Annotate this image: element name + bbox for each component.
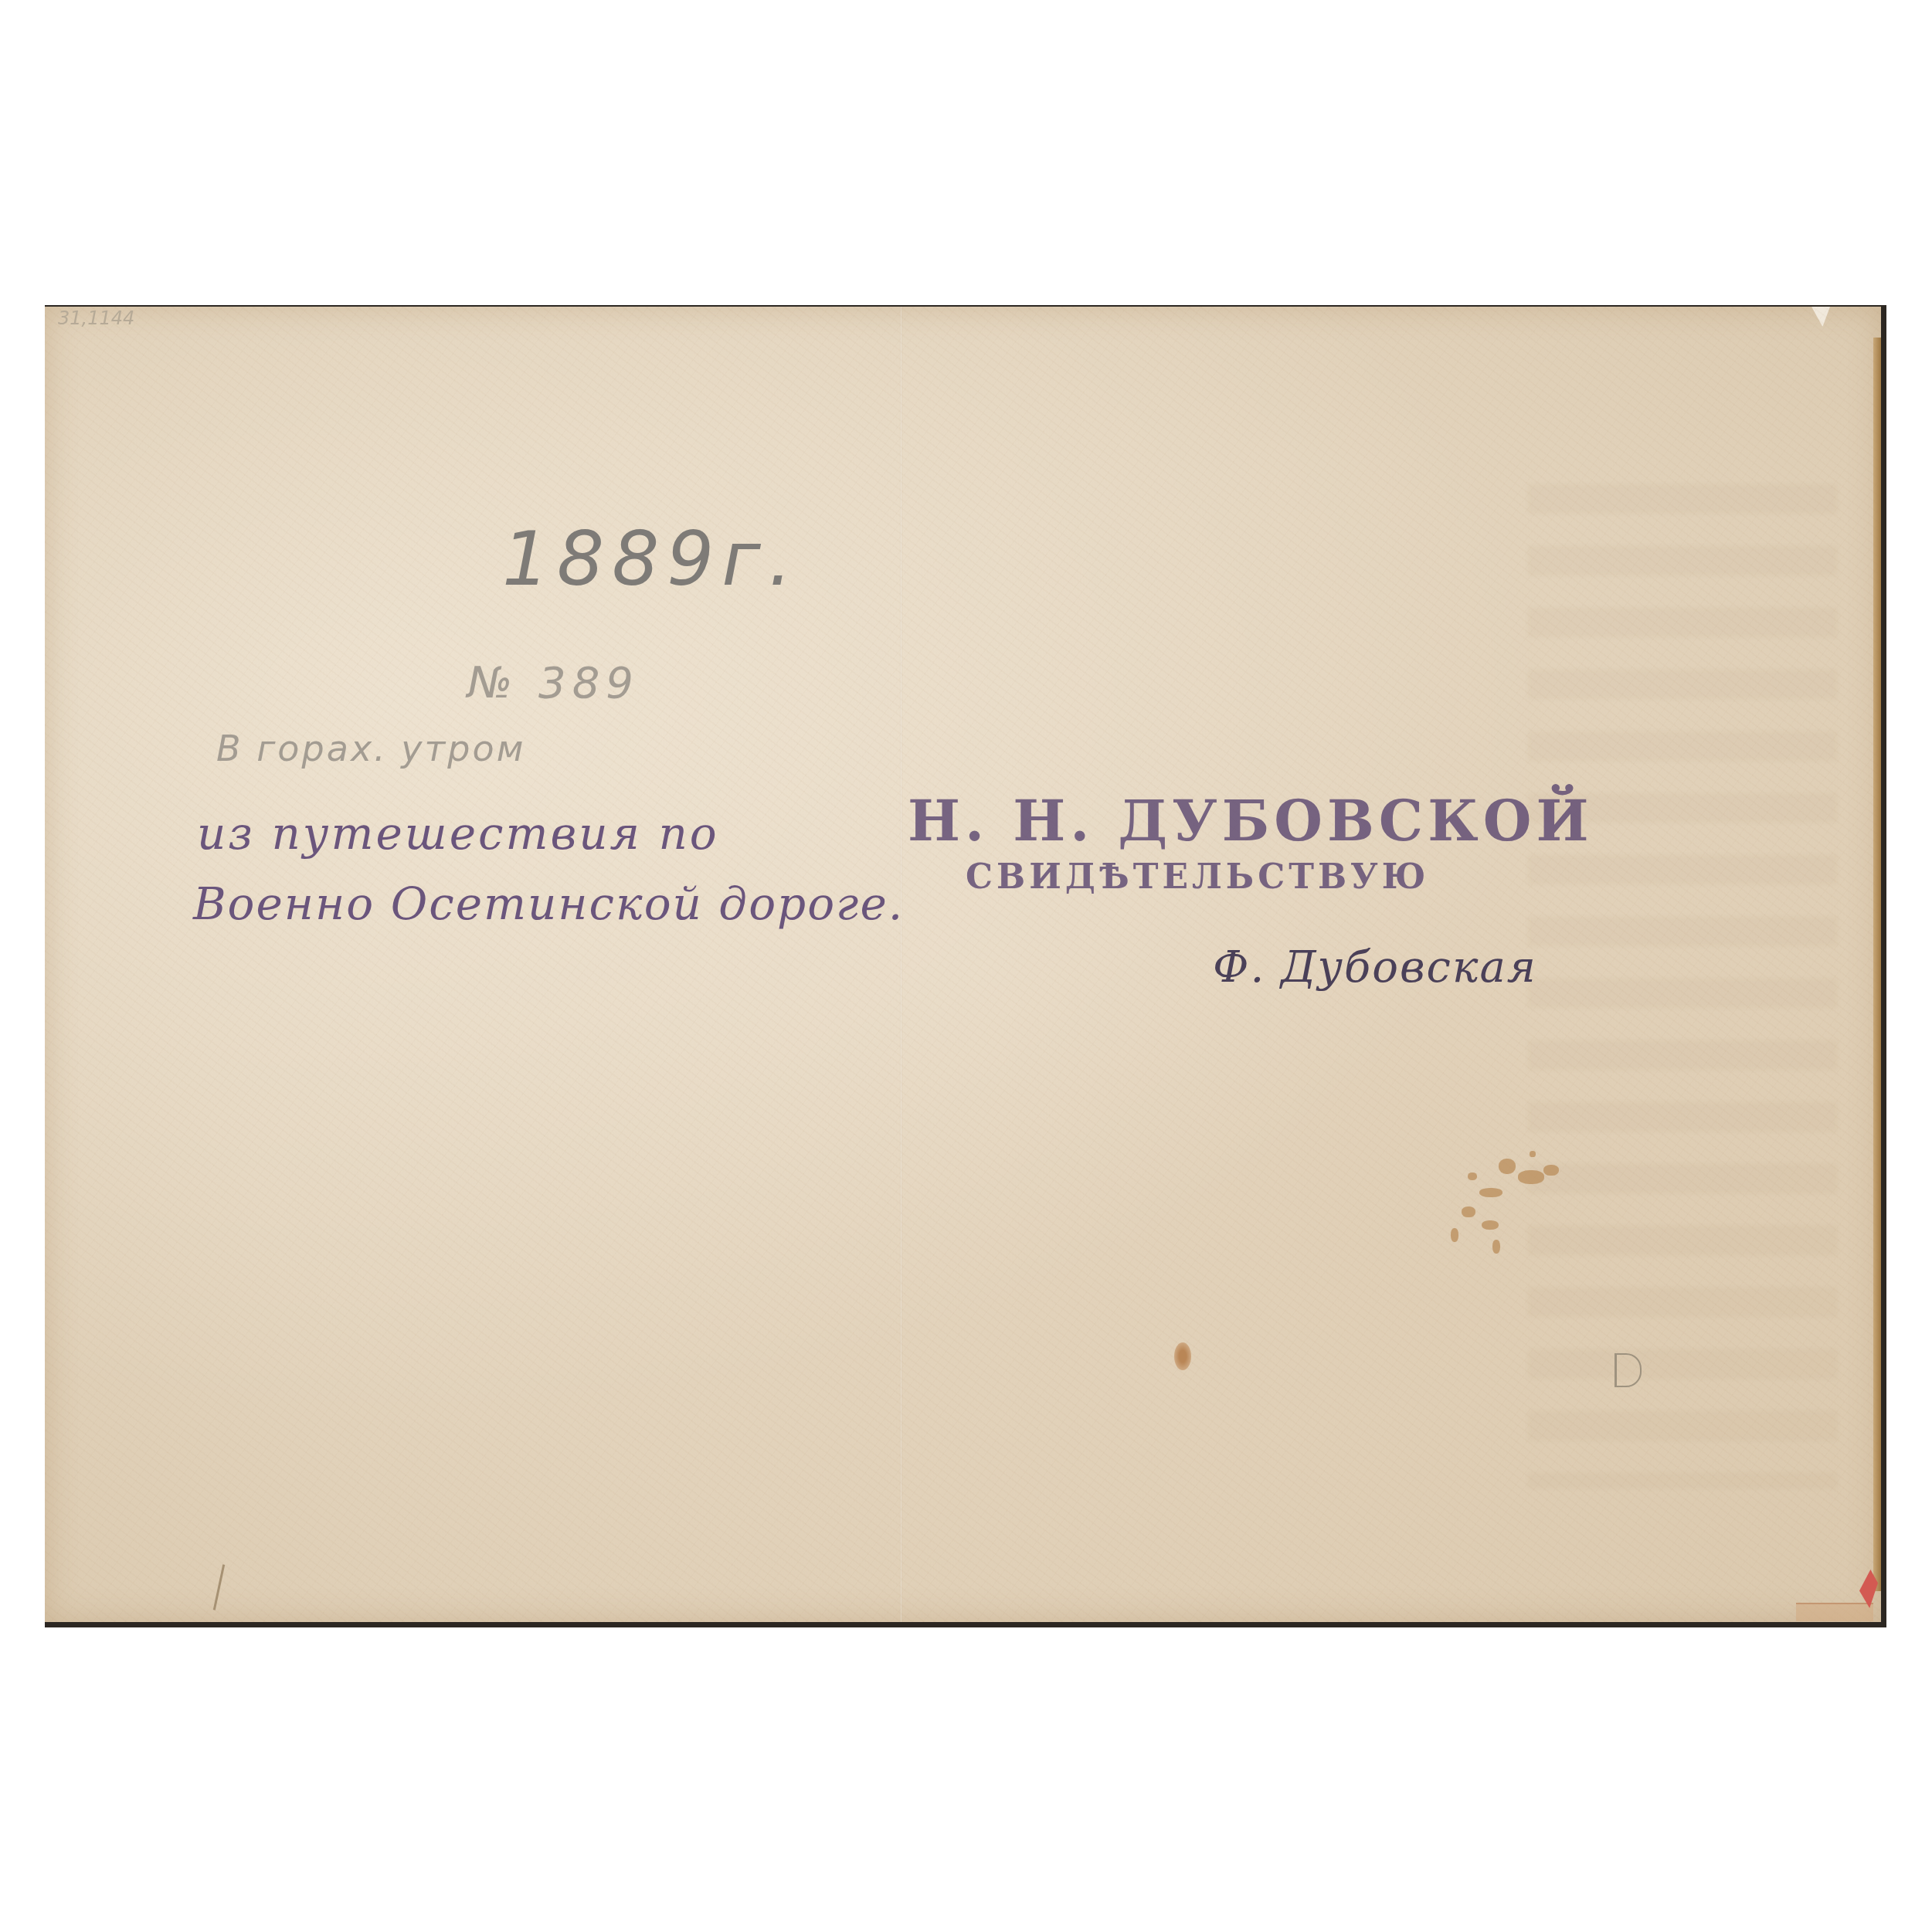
description-line-1: из путешествия по [197,807,719,860]
center-fold-line [900,307,902,1622]
brown-stain-spot [1174,1342,1191,1370]
pencil-mark [1615,1353,1642,1387]
paper-right-edge [1873,338,1881,1591]
show-through-ghost-text [1528,484,1837,1488]
tape-residue [1796,1603,1873,1621]
inventory-number: № 389 [467,658,640,708]
signature: Ф. Дубовская [1213,942,1537,993]
stamp-artist-name: Н. Н. ДУБОВСКОЙ [908,788,1593,854]
artwork-title: В горах. утром [216,728,525,769]
description-line-2: Военно Осетинской дороге. [193,877,904,930]
torn-corner [1811,307,1830,327]
archive-number: 31,1144 [58,307,134,329]
foxing-splatter [1445,1151,1576,1267]
paper-sheet [45,307,1881,1622]
year-inscription: 1889г. [502,516,800,602]
stamp-certification: СВИДѢТЕЛЬСТВУЮ [966,857,1429,897]
